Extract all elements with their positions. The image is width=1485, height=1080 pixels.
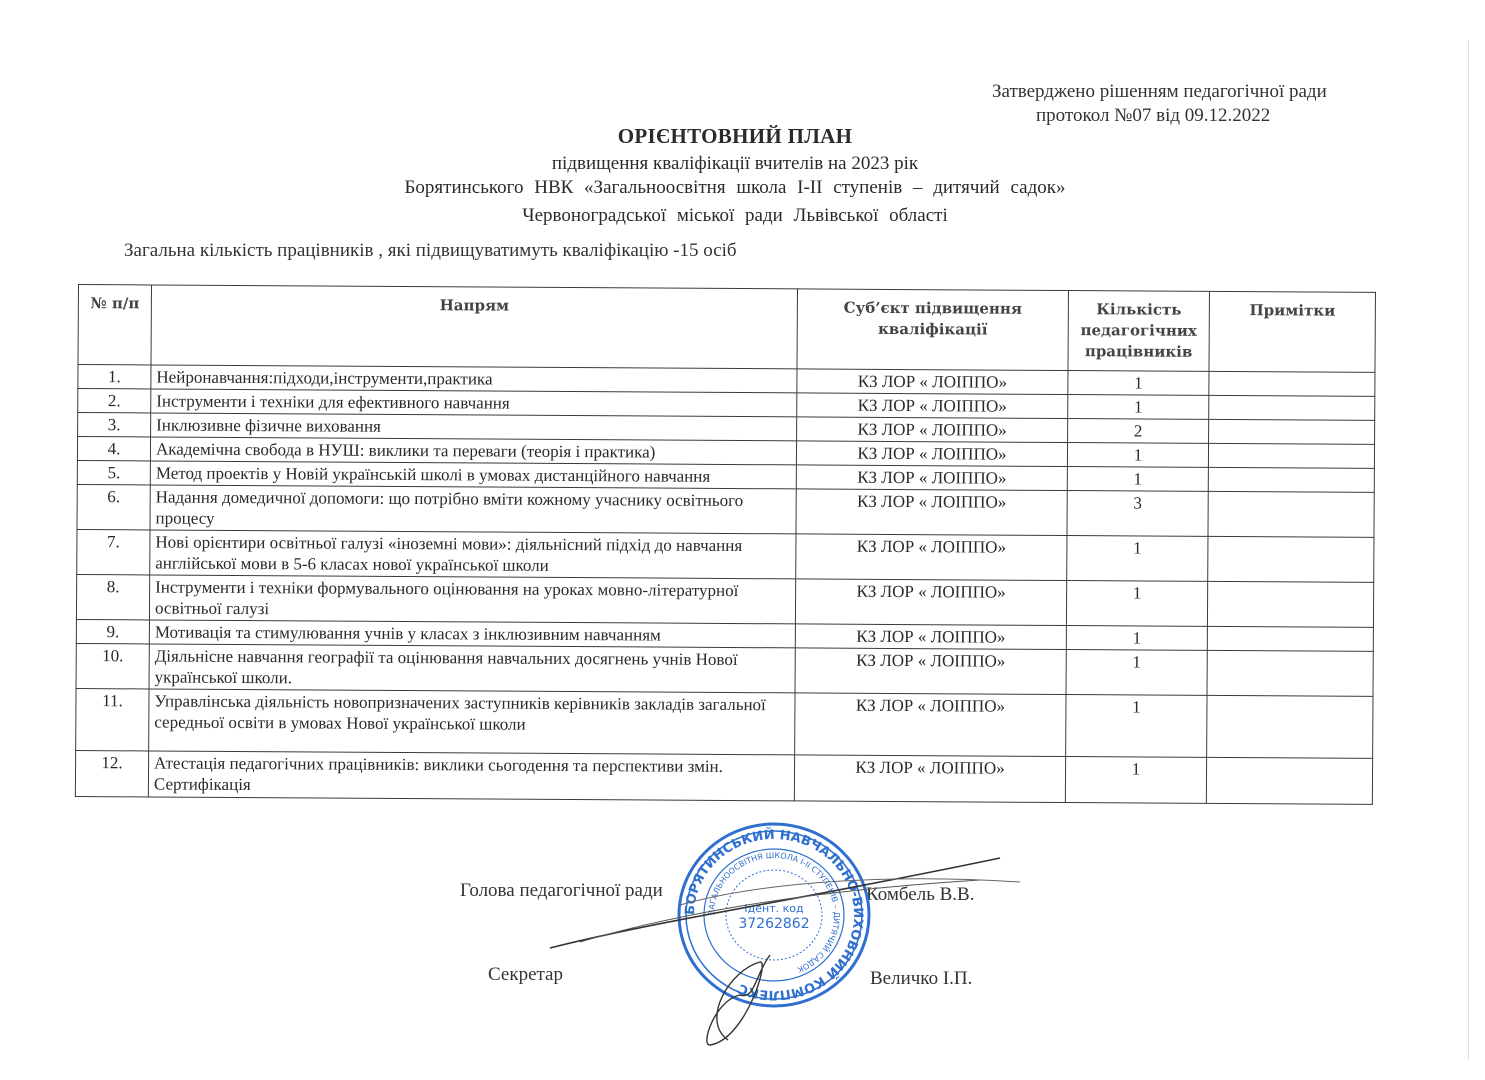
document-title-block: ОРІЄНТОВНИЙ ПЛАН підвищення кваліфікації… [330, 122, 1140, 230]
row-count: 1 [1066, 581, 1207, 627]
row-direction: Інструменти і техніки формувального оцін… [149, 575, 795, 624]
row-num: 1. [78, 365, 151, 389]
row-subject: КЗ ЛОР « ЛОІППО» [797, 417, 1068, 443]
header-notes: Примітки [1209, 291, 1375, 372]
row-num: 4. [77, 437, 150, 461]
row-count: 1 [1065, 757, 1206, 804]
row-num: 10. [76, 643, 149, 688]
row-count: 1 [1066, 695, 1207, 758]
approval-line-1: Затверджено рішенням педагогічної ради [992, 80, 1327, 104]
table-row: 8.Інструменти і техніки формувального оц… [76, 574, 1373, 627]
table-row: 7.Нові орієнтири освітньої галузі «інозе… [77, 529, 1374, 582]
row-count: 1 [1068, 371, 1209, 396]
row-notes [1208, 536, 1374, 582]
row-subject: КЗ ЛОР « ЛОІППО» [796, 465, 1067, 491]
table-row: 12.Атестація педагогічних працівників: в… [75, 750, 1372, 804]
table-header-row: № п/п Напрям Суб’єкт підвищення кваліфік… [78, 285, 1375, 373]
qualification-plan-table: № п/п Напрям Суб’єкт підвищення кваліфік… [75, 284, 1376, 805]
table-body: 1.Нейронавчання:підходи,інструменти,прак… [75, 365, 1375, 805]
row-subject: КЗ ЛОР « ЛОІППО» [795, 648, 1066, 695]
row-direction: Управлінська діяльність новопризначених … [149, 689, 795, 755]
header-num: № п/п [78, 285, 151, 365]
table-row: 10.Діяльнісне навчання географії та оцін… [76, 643, 1373, 696]
row-notes [1206, 757, 1372, 804]
approval-note: Затверджено рішенням педагогічної ради п… [992, 80, 1327, 128]
signature-scribble-icon [540, 850, 1020, 1060]
row-direction: Діяльнісне навчання географії та оцінюва… [149, 644, 795, 693]
row-subject: КЗ ЛОР « ЛОІППО» [796, 441, 1067, 467]
row-count: 1 [1067, 536, 1208, 582]
row-notes [1207, 581, 1373, 627]
row-count: 1 [1067, 443, 1208, 468]
row-num: 9. [76, 619, 149, 643]
row-count: 1 [1066, 650, 1207, 696]
row-notes [1208, 443, 1374, 468]
row-count: 3 [1067, 491, 1208, 537]
row-subject: КЗ ЛОР « ЛОІППО» [794, 755, 1065, 803]
row-subject: КЗ ЛОР « ЛОІППО» [796, 534, 1067, 581]
row-num: 5. [77, 460, 150, 484]
row-num: 3. [78, 413, 151, 437]
row-notes [1207, 626, 1373, 651]
row-notes [1207, 650, 1373, 696]
region-name: Червоноградської міської ради Львівської… [330, 202, 1140, 230]
row-direction: Надання домедичної допомоги: що потрібно… [150, 485, 796, 534]
row-count: 2 [1068, 419, 1209, 444]
row-count: 1 [1066, 626, 1207, 651]
table-row: 6.Надання домедичної допомоги: що потріб… [77, 484, 1374, 537]
row-notes [1208, 467, 1374, 492]
header-count: Кількість педагогічних працівників [1068, 291, 1209, 372]
document-title: ОРІЄНТОВНИЙ ПЛАН [330, 122, 1140, 150]
header-subject: Суб’єкт підвищення кваліфікації [797, 289, 1068, 371]
row-direction: Атестація педагогічних працівників: викл… [148, 751, 794, 801]
row-num: 11. [76, 688, 149, 750]
organization-name: Борятинського НВК «Загальноосвітня школа… [330, 174, 1140, 202]
row-count: 1 [1067, 467, 1208, 492]
row-subject: КЗ ЛОР « ЛОІППО» [797, 393, 1068, 419]
row-notes [1209, 371, 1375, 396]
row-num: 2. [78, 389, 151, 413]
table-row: 11.Управлінська діяльність новопризначен… [76, 688, 1373, 758]
row-subject: КЗ ЛОР « ЛОІППО» [795, 693, 1066, 757]
row-subject: КЗ ЛОР « ЛОІППО» [797, 369, 1068, 395]
row-subject: КЗ ЛОР « ЛОІППО» [795, 579, 1066, 626]
page-edge [1468, 40, 1469, 1060]
row-notes [1208, 491, 1374, 537]
row-notes [1209, 419, 1375, 444]
row-notes [1209, 395, 1375, 420]
row-num: 8. [76, 574, 149, 619]
row-num: 7. [77, 529, 150, 574]
row-subject: КЗ ЛОР « ЛОІППО» [796, 489, 1067, 536]
row-num: 6. [77, 484, 150, 529]
row-direction: Нові орієнтири освітньої галузі «іноземн… [150, 530, 796, 579]
total-workers: Загальна кількість працівників , які під… [124, 240, 737, 262]
row-num: 12. [75, 750, 148, 796]
row-subject: КЗ ЛОР « ЛОІППО» [795, 624, 1066, 650]
row-count: 1 [1068, 395, 1209, 420]
row-notes [1207, 695, 1373, 758]
header-direction: Напрям [151, 285, 797, 369]
